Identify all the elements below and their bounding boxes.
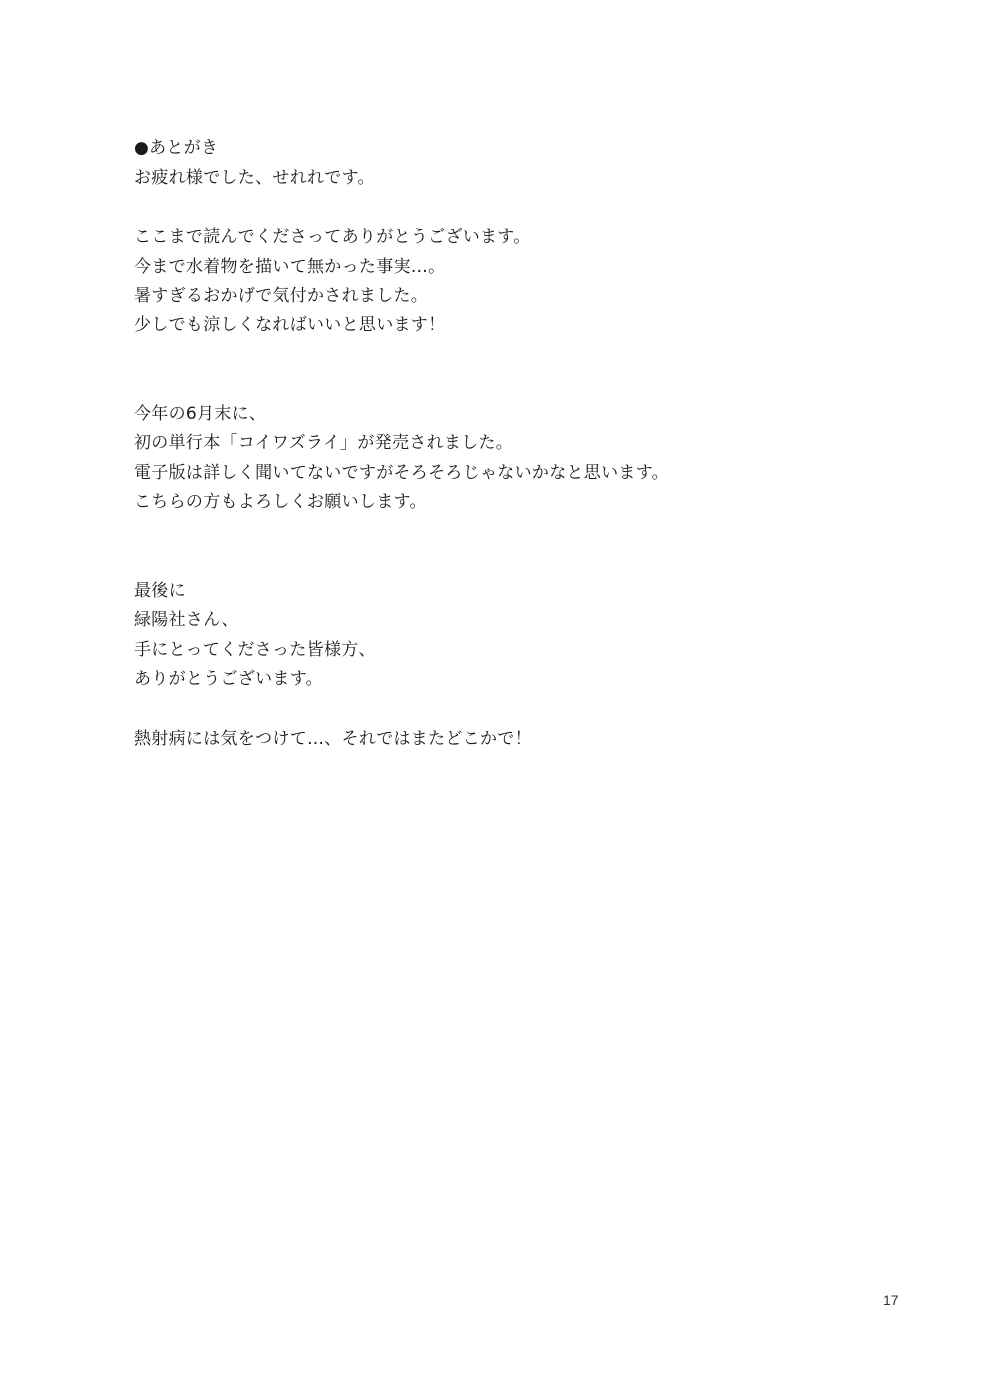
afterword-heading: ●あとがき xyxy=(134,138,218,158)
text-line: 熱射病には気をつけて…、それではまたどこかで！ xyxy=(134,729,532,749)
page-number: 17 xyxy=(883,1292,899,1308)
text-line: ありがとうございます。 xyxy=(134,669,323,689)
text-line: ここまで読んでくださってありがとうございます。 xyxy=(134,227,531,247)
text-line: 今まで水着物を描いて無かった事実…。 xyxy=(134,257,445,277)
text-line: 最後に xyxy=(134,581,186,601)
text-line: 電子版は詳しく聞いてないですがそろそろじゃないかなと思います。 xyxy=(134,463,669,483)
text-line: 少しでも涼しくなればいいと思います！ xyxy=(134,315,445,335)
text-line: お疲れ様でした、せれれです。 xyxy=(134,168,375,188)
text-line: 初の単行本「コイワズライ」が発売されました。 xyxy=(134,433,513,453)
text-line: 手にとってくださった皆様方、 xyxy=(134,640,376,660)
text-line: 今年の6月末に、 xyxy=(134,404,266,424)
text-line: 緑陽社さん、 xyxy=(134,610,239,630)
text-line: 暑すぎるおかげで気付かされました。 xyxy=(134,286,428,306)
text-line: こちらの方もよろしくお願いします。 xyxy=(134,492,427,512)
